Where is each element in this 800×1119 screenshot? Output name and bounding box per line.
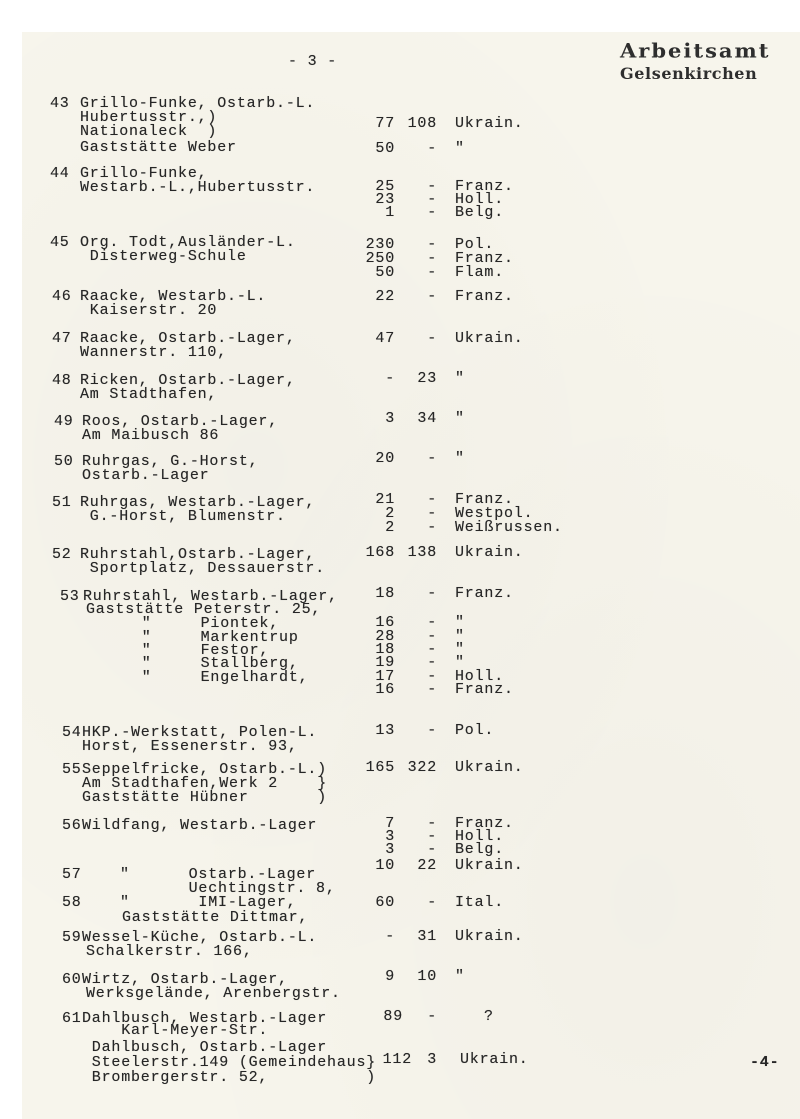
count-men: 20: [375, 452, 395, 466]
count-men: 168: [366, 546, 395, 560]
count-women: 23: [417, 372, 437, 386]
count-row: 16 - Franz.: [0, 683, 800, 697]
count-women: 22: [417, 859, 437, 873]
nationality: Franz.: [455, 290, 514, 304]
count-row: 23 - Holl.: [0, 193, 800, 207]
count-women: -: [427, 206, 437, 220]
count-row: 19 - ": [0, 656, 800, 670]
count-row: 50 - Flam.: [0, 266, 800, 280]
count-men: 22: [375, 290, 395, 304]
office-stamp-city: Gelsenkirchen: [620, 64, 757, 83]
nationality: Pol.: [455, 724, 494, 738]
entry-line: Schalkerstr. 166,: [86, 945, 253, 959]
count-women: -: [427, 266, 437, 280]
count-row: - 31 Ukrain.: [0, 930, 800, 944]
count-row: 17 - Holl.: [0, 670, 800, 684]
count-men: 10: [375, 859, 395, 873]
count-row: 89 - ?: [0, 1010, 800, 1024]
count-women: -: [427, 142, 437, 156]
count-row: 3 - Belg.: [0, 843, 800, 857]
count-row: 2 - Weißrussen.: [0, 521, 800, 535]
count-row: 9 10 ": [0, 970, 800, 984]
nationality: ": [455, 970, 465, 984]
count-row: - 23 ": [0, 372, 800, 386]
count-women: 10: [417, 970, 437, 984]
entry-line: Am Stadthafen,: [80, 388, 217, 402]
count-row: 22 - Franz.: [0, 290, 800, 304]
count-row: 13 - Pol.: [0, 724, 800, 738]
count-men: 50: [375, 266, 395, 280]
count-men: 89: [383, 1010, 403, 1024]
nationality: Franz.: [455, 587, 514, 601]
count-men: 50: [375, 142, 395, 156]
entry-line: Gaststätte Dittmar,: [122, 911, 308, 925]
count-row: 3 - Holl.: [0, 830, 800, 844]
count-row: 10 22 Ukrain.: [0, 859, 800, 873]
count-row: 112 3 Ukrain.: [0, 1053, 800, 1067]
entry-line: Werksgelände, Arenbergstr.: [86, 987, 341, 1001]
count-women: 322: [408, 761, 437, 775]
count-men: 3: [385, 843, 395, 857]
count-men: 112: [383, 1053, 412, 1067]
nationality: Ukrain.: [455, 761, 524, 775]
nationality: Ukrain.: [460, 1053, 529, 1067]
entry-line: Sportplatz, Dessauerstr.: [80, 562, 325, 576]
count-row: 60 - Ital.: [0, 896, 800, 910]
entry-line: Ostarb.-Lager: [82, 469, 209, 483]
count-row: 28 - ": [0, 630, 800, 644]
nationality: ": [455, 372, 465, 386]
count-row: 18 - Franz.: [0, 587, 800, 601]
count-row: 168 138 Ukrain.: [0, 546, 800, 560]
entry-line: Kaiserstr. 20: [80, 304, 217, 318]
nationality: Ukrain.: [455, 117, 524, 131]
count-row: 3 34 ": [0, 412, 800, 426]
entry-line: Karl-Meyer-Str.: [82, 1024, 268, 1038]
nationality: Ukrain.: [455, 930, 524, 944]
count-row: 165 322 Ukrain.: [0, 761, 800, 775]
count-women: -: [427, 724, 437, 738]
nationality: Franz.: [455, 683, 514, 697]
count-men: -: [385, 930, 395, 944]
entry-number: 44: [50, 167, 70, 181]
count-men: 9: [385, 970, 395, 984]
nationality: Ukrain.: [455, 859, 524, 873]
count-women: 138: [408, 546, 437, 560]
document-page: - 3 - Arbeitsamt Gelsenkirchen 43 Grillo…: [0, 0, 800, 1119]
count-women: -: [427, 521, 437, 535]
count-men: 16: [375, 683, 395, 697]
office-stamp-title: Arbeitsamt: [620, 39, 770, 63]
count-row: 250 - Franz.: [0, 252, 800, 266]
entry-line: Am Maibusch 86: [82, 429, 219, 443]
nationality: Belg.: [455, 206, 504, 220]
count-row: 47 - Ukrain.: [0, 332, 800, 346]
count-women: 108: [408, 117, 437, 131]
count-men: 165: [366, 761, 395, 775]
nationality: ": [455, 142, 465, 156]
nationality: Ukrain.: [455, 546, 524, 560]
entry-line: Horst, Essenerstr. 93,: [82, 740, 298, 754]
nationality: Ital.: [455, 896, 504, 910]
count-women: -: [427, 587, 437, 601]
count-men: 77: [375, 117, 395, 131]
nationality: Weißrussen.: [455, 521, 563, 535]
count-row: 50 - ": [0, 142, 800, 156]
count-row: 230 - Pol.: [0, 238, 800, 252]
nationality: Belg.: [455, 843, 504, 857]
count-men: 18: [375, 587, 395, 601]
entry-line: Gaststätte Hübner ): [82, 791, 327, 805]
count-row: 16 - ": [0, 616, 800, 630]
count-row: 21 - Franz.: [0, 493, 800, 507]
count-row: 2 - Westpol.: [0, 507, 800, 521]
entry-line: Wannerstr. 110,: [80, 346, 227, 360]
count-women: -: [427, 683, 437, 697]
count-men: -: [385, 372, 395, 386]
page-number-next: -4-: [750, 1056, 779, 1070]
count-row: 20 - ": [0, 452, 800, 466]
entry-line: Brombergerstr. 52, ): [82, 1071, 376, 1085]
count-women: 34: [417, 412, 437, 426]
nationality: ": [455, 412, 465, 426]
count-men: 2: [385, 521, 395, 535]
count-women: -: [427, 896, 437, 910]
count-men: 3: [385, 412, 395, 426]
page-number-top: - 3 -: [288, 55, 337, 69]
count-row: 77 108 Ukrain.: [0, 117, 800, 131]
count-women: -: [427, 290, 437, 304]
count-women: 31: [417, 930, 437, 944]
count-men: 13: [375, 724, 395, 738]
nationality: ?: [484, 1010, 494, 1024]
count-women: -: [427, 1010, 437, 1024]
entry-number: 43: [50, 97, 70, 111]
count-row: 7 - Franz.: [0, 817, 800, 831]
count-women: 3: [427, 1053, 437, 1067]
count-row: 18 - ": [0, 643, 800, 657]
count-men: 60: [375, 896, 395, 910]
count-row: 25 - Franz.: [0, 180, 800, 194]
count-row: 1 - Belg.: [0, 206, 800, 220]
count-women: -: [427, 332, 437, 346]
count-men: 47: [375, 332, 395, 346]
nationality: Flam.: [455, 266, 504, 280]
nationality: ": [455, 452, 465, 466]
count-men: 1: [385, 206, 395, 220]
count-women: -: [427, 452, 437, 466]
count-women: -: [427, 843, 437, 857]
nationality: Ukrain.: [455, 332, 524, 346]
